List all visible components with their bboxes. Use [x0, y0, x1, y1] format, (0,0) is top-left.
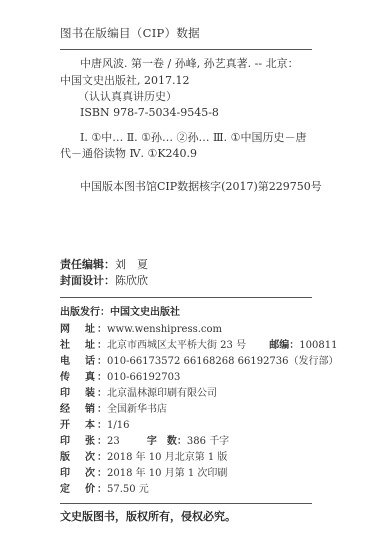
label-char-2: 装 [85, 384, 97, 399]
cip-classification-2: 代－通俗读物 Ⅳ. ①K240.9 [60, 146, 197, 163]
info-row-distributor: 经销：全国新华书店 [60, 400, 167, 415]
format-value: 1/16 [107, 420, 129, 431]
printing-value: 2018 年 10 月第 1 次印刷 [107, 468, 227, 479]
publisher-value: 中国文史出版社 [110, 307, 180, 318]
cip-isbn: ISBN 978-7-5034-9545-8 [80, 105, 219, 122]
cip-number: 中国版本图书馆CIP数据核字(2017)第229750号 [80, 179, 322, 196]
info-row-phone: 电话：010-66173572 66168268 66192736（发行部） [60, 352, 339, 367]
phone-value: 010-66173572 66168268 66192736（发行部） [107, 356, 339, 367]
postcode-label: 邮编： [269, 340, 299, 351]
info-row-printer: 印装：北京温林源印刷有限公司 [60, 384, 217, 399]
cip-line-1: 中唐风波. 第一卷 / 孙峰, 孙艺真著. -- 北京： [80, 56, 299, 73]
label-char-1: 定 [60, 480, 82, 495]
cip-title: 图书在版编目（CIP）数据 [60, 25, 200, 41]
copyright-notice: 文史版图书，版权所有，侵权必究。 [60, 508, 236, 524]
label-char-1: 开 [60, 416, 82, 431]
cip-series: （认认真真讲历史） [78, 89, 177, 106]
publisher-row: 出版发行：中国文史出版社 [60, 303, 180, 318]
info-row-printing: 印次：2018 年 10 月第 1 次印刷 [60, 464, 227, 479]
word-count-value: 386 千字 [187, 436, 229, 447]
label-char-2: 话 [85, 352, 97, 367]
label-char-1: 经 [60, 400, 82, 415]
label-char-2: 址 [85, 336, 97, 351]
label-char-1: 电 [60, 352, 82, 367]
label-char-1: 传 [60, 368, 82, 383]
info-row-edition: 版次：2018 年 10 月北京第 1 版 [60, 448, 227, 463]
info-row-address: 社址：北京市西城区太平桥大街 23 号 邮编：100811 [60, 336, 337, 351]
editor-label: 责任编辑： [60, 258, 115, 271]
address-value: 北京市西城区太平桥大街 23 号 [107, 340, 246, 351]
label-char-1: 网 [60, 320, 82, 335]
divider-bottom [60, 503, 312, 504]
sheets-value: 23 [107, 436, 120, 447]
info-row-price: 定价：57.50 元 [60, 480, 149, 495]
cover-value: 陈欣欣 [115, 274, 148, 287]
postcode-value: 100811 [299, 340, 337, 351]
info-row-website: 网址：www.wenshipress.com [60, 320, 222, 335]
cip-classification-1: Ⅰ. ①中… Ⅱ. ①孙… ②孙… Ⅲ. ①中国历史－唐 [80, 130, 306, 147]
website-value: www.wenshipress.com [107, 324, 222, 335]
label-char-2: 真 [85, 368, 97, 383]
editor-credit: 责任编辑：刘 夏 [60, 256, 148, 272]
label-char-2: 张 [85, 432, 97, 447]
label-char-1: 印 [60, 384, 82, 399]
label-char-2: 销 [85, 400, 97, 415]
divider-top [60, 49, 312, 50]
editor-value: 刘 夏 [115, 258, 148, 271]
distributor-value: 全国新华书店 [107, 404, 167, 415]
cip-line-2: 中国文史出版社, 2017.12 [60, 73, 189, 90]
label-char-2: 价 [85, 480, 97, 495]
info-row-format: 开本：1/16 [60, 416, 129, 431]
divider-middle [60, 297, 312, 298]
cover-label: 封面设计： [60, 274, 115, 287]
label-char-1: 社 [60, 336, 82, 351]
printer-value: 北京温林源印刷有限公司 [107, 388, 217, 399]
label-char-2: 次 [85, 448, 97, 463]
word-count-label: 字 数： [147, 436, 187, 447]
label-char-1: 印 [60, 464, 82, 479]
price-value: 57.50 元 [107, 484, 149, 495]
cover-credit: 封面设计：陈欣欣 [60, 272, 148, 288]
info-row-sheets: 印张：23 字 数：386 千字 [60, 432, 229, 447]
publisher-label: 出版发行： [60, 307, 110, 318]
label-char-2: 址 [85, 320, 97, 335]
fax-value: 010-66192703 [107, 372, 180, 383]
label-char-1: 印 [60, 432, 82, 447]
label-char-1: 版 [60, 448, 82, 463]
info-row-fax: 传真：010-66192703 [60, 368, 180, 383]
edition-value: 2018 年 10 月北京第 1 版 [107, 452, 227, 463]
label-char-2: 本 [85, 416, 97, 431]
label-char-2: 次 [85, 464, 97, 479]
